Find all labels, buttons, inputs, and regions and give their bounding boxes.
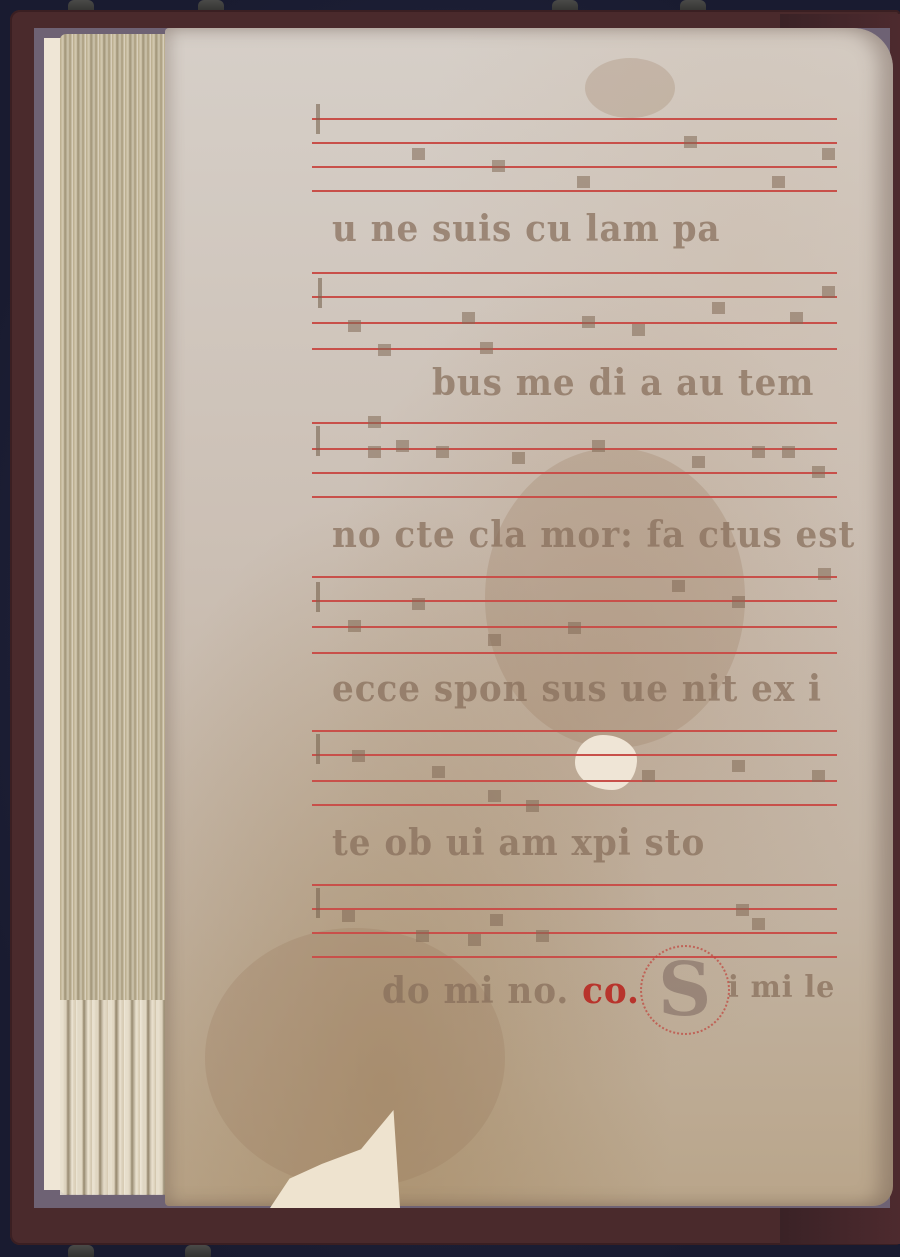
neume xyxy=(416,930,429,942)
neume xyxy=(412,598,425,610)
neume xyxy=(632,324,645,336)
neume xyxy=(752,918,765,930)
neume xyxy=(732,596,745,608)
staff-line xyxy=(312,576,837,578)
lyric-line: bus me di a au tem xyxy=(432,362,900,404)
staff-line xyxy=(312,780,837,782)
staff-line xyxy=(312,422,837,424)
staff-line xyxy=(312,190,837,192)
clef xyxy=(316,582,320,612)
neume xyxy=(692,456,705,468)
neume xyxy=(822,148,835,160)
lyric-text: do mi no. xyxy=(382,970,569,1012)
neume xyxy=(592,440,605,452)
lyric-line: ecce spon sus ue nit ex i xyxy=(332,668,817,710)
neume xyxy=(790,312,803,324)
music-staff xyxy=(312,884,837,962)
water-stain xyxy=(205,928,505,1188)
neume xyxy=(812,770,825,782)
lyric-line: u ne suis cu lam pa xyxy=(332,208,817,250)
neume xyxy=(512,452,525,464)
neume xyxy=(812,466,825,478)
neume xyxy=(577,176,590,188)
neume xyxy=(752,446,765,458)
staff-line xyxy=(312,296,837,298)
neume xyxy=(488,790,501,802)
lyric-line: no cte cla mor: fa ctus est xyxy=(332,514,817,556)
staff-line xyxy=(312,142,837,144)
music-staff xyxy=(312,422,837,500)
staff-line xyxy=(312,166,837,168)
neume xyxy=(488,634,501,646)
staff-line xyxy=(312,908,837,910)
neume xyxy=(672,580,685,592)
neume xyxy=(526,800,539,812)
staff-line xyxy=(312,322,837,324)
staff-line xyxy=(312,754,837,756)
neume xyxy=(368,416,381,428)
staff-line xyxy=(312,956,837,958)
neume xyxy=(782,446,795,458)
neume xyxy=(684,136,697,148)
clef xyxy=(318,278,322,308)
neume xyxy=(342,910,355,922)
neume xyxy=(736,904,749,916)
rubric-text: co. xyxy=(582,970,640,1012)
clef xyxy=(316,734,320,764)
water-stain xyxy=(585,58,675,118)
neume xyxy=(352,750,365,762)
neume xyxy=(368,446,381,458)
neume xyxy=(348,620,361,632)
neume xyxy=(378,344,391,356)
clef xyxy=(316,104,320,134)
staff-line xyxy=(312,496,837,498)
staff-line xyxy=(312,652,837,654)
neume xyxy=(582,316,595,328)
lyric-continuation: i mi le xyxy=(728,970,833,1005)
staff-line xyxy=(312,472,837,474)
neume xyxy=(490,914,503,926)
neume xyxy=(732,760,745,772)
neume xyxy=(432,766,445,778)
clef xyxy=(316,426,320,456)
clasp-knob xyxy=(185,1245,211,1257)
neume xyxy=(536,930,549,942)
staff-line xyxy=(312,118,837,120)
staff-line xyxy=(312,600,837,602)
staff-line xyxy=(312,272,837,274)
neume xyxy=(822,286,835,298)
neume xyxy=(818,568,831,580)
neume xyxy=(568,622,581,634)
clasp-knob xyxy=(68,1245,94,1257)
decorated-initial: S xyxy=(640,945,730,1035)
neume xyxy=(772,176,785,188)
neume xyxy=(642,770,655,782)
staff-line xyxy=(312,804,837,806)
neume xyxy=(462,312,475,324)
music-staff xyxy=(312,730,837,808)
staff-line xyxy=(312,884,837,886)
music-staff xyxy=(312,118,837,196)
neume xyxy=(480,342,493,354)
neume xyxy=(348,320,361,332)
neume xyxy=(436,446,449,458)
initial-letter: S xyxy=(658,947,711,1033)
neume xyxy=(468,934,481,946)
neume xyxy=(712,302,725,314)
neume xyxy=(412,148,425,160)
clef xyxy=(316,888,320,918)
music-staff xyxy=(312,272,837,350)
staff-line xyxy=(312,932,837,934)
music-staff xyxy=(312,576,837,654)
neume xyxy=(396,440,409,452)
lyric-line: te ob ui am xpi sto xyxy=(332,822,817,864)
staff-line xyxy=(312,730,837,732)
neume xyxy=(492,160,505,172)
